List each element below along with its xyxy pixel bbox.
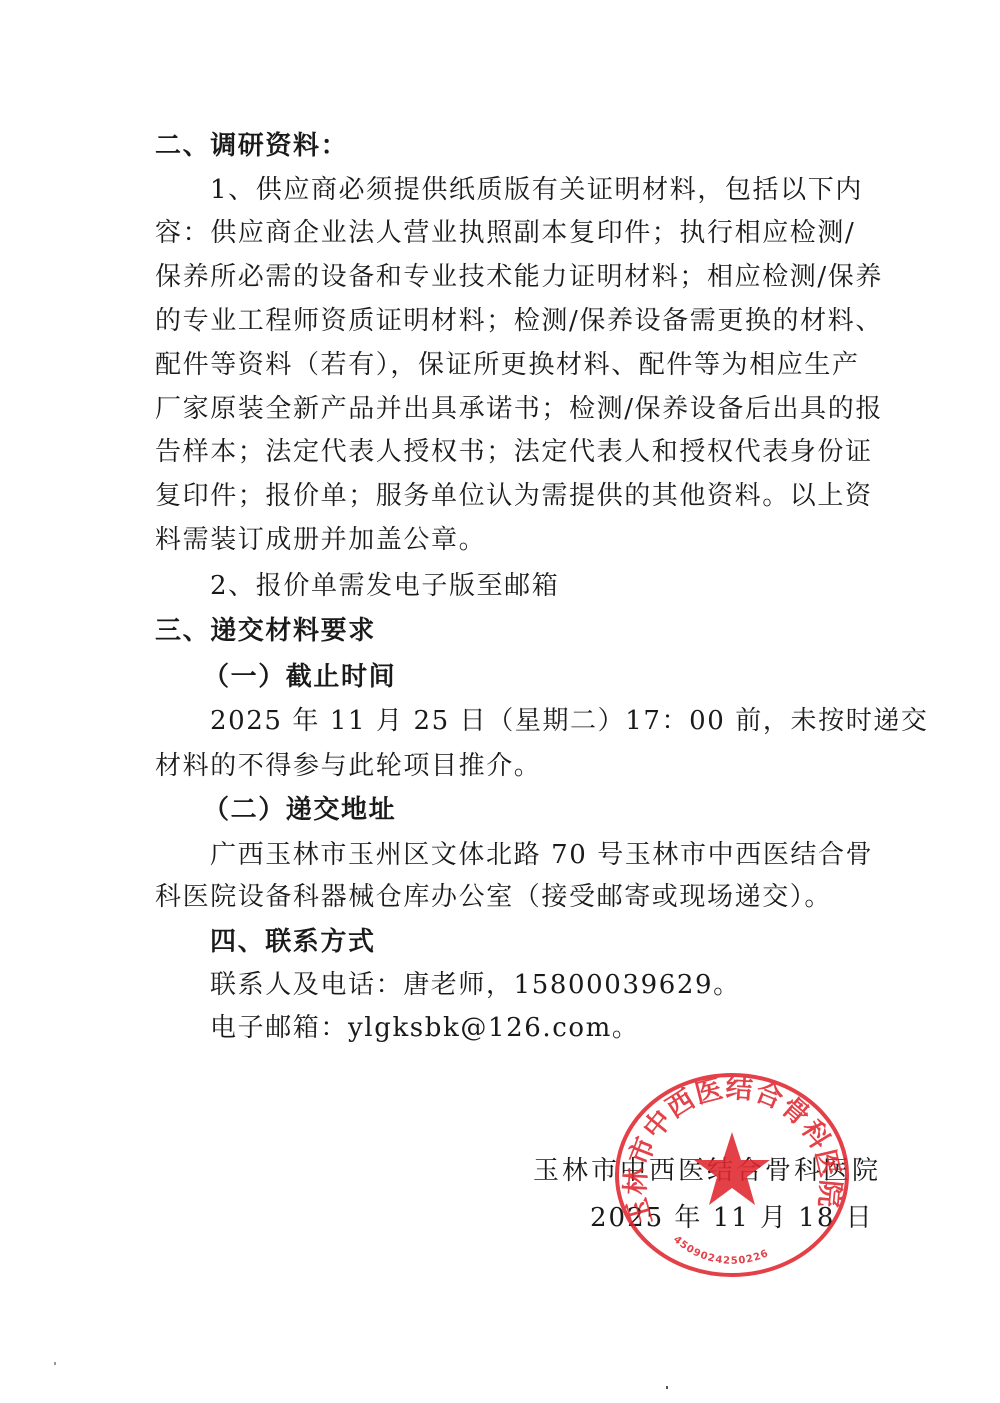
scan-speck [54, 1362, 56, 1365]
item1-line-7: 告样本；法定代表人授权书；法定代表人和授权代表身份证 [155, 437, 855, 467]
contact-email: 电子邮箱：ylgksbk@126.com。 [210, 1013, 855, 1043]
item1-line-5: 配件等资料（若有），保证所更换材料、配件等为相应生产 [155, 350, 855, 380]
address-heading: （二）递交地址 [203, 795, 903, 825]
deadline-line-1: 2025 年 11 月 25 日（星期二）17：00 前，未按时递交 [210, 706, 855, 736]
address-line-2: 科医院设备科器械仓库办公室（接受邮寄或现场递交）。 [155, 882, 855, 912]
document-page: 二、调研资料： 1、供应商必须提供纸质版有关证明材料，包括以下内 容：供应商企业… [0, 0, 1000, 1403]
item1-line-2: 容：供应商企业法人营业执照副本复印件；执行相应检测/ [155, 218, 855, 248]
item1-line-3: 保养所必需的设备和专业技术能力证明材料；相应检测/保养 [155, 262, 855, 292]
address-line-1: 广西玉林市玉州区文体北路 70 号玉林市中西医结合骨 [210, 840, 855, 870]
item1-line-8: 复印件；报价单；服务单位认为需提供的其他资料。以上资 [155, 481, 855, 511]
official-seal-stamp: 玉林市中西医结合骨科医院 4509024250226 [613, 1072, 851, 1278]
item1-line-1: 1、供应商必须提供纸质版有关证明材料，包括以下内 [210, 175, 855, 205]
deadline-line-2: 材料的不得参与此轮项目推介。 [155, 751, 855, 781]
svg-text:4509024250226: 4509024250226 [671, 1234, 771, 1267]
item1-line-9: 料需装订成册并加盖公章。 [155, 525, 855, 555]
item1-line-4: 的专业工程师资质证明材料；检测/保养设备需更换的材料、 [155, 306, 855, 336]
deadline-heading: （一）截止时间 [203, 662, 903, 692]
section2-heading: 二、调研资料： [155, 131, 855, 161]
section4-heading: 四、联系方式 [210, 927, 855, 957]
item1-line-6: 厂家原装全新产品并出具承诺书；检测/保养设备后出具的报 [155, 394, 855, 424]
section3-heading: 三、递交材料要求 [155, 616, 855, 646]
contact-person-phone: 联系人及电话：唐老师，15800039629。 [210, 970, 855, 1000]
item2-text: 2、报价单需发电子版至邮箱 [210, 571, 855, 601]
scan-speck [666, 1386, 668, 1389]
